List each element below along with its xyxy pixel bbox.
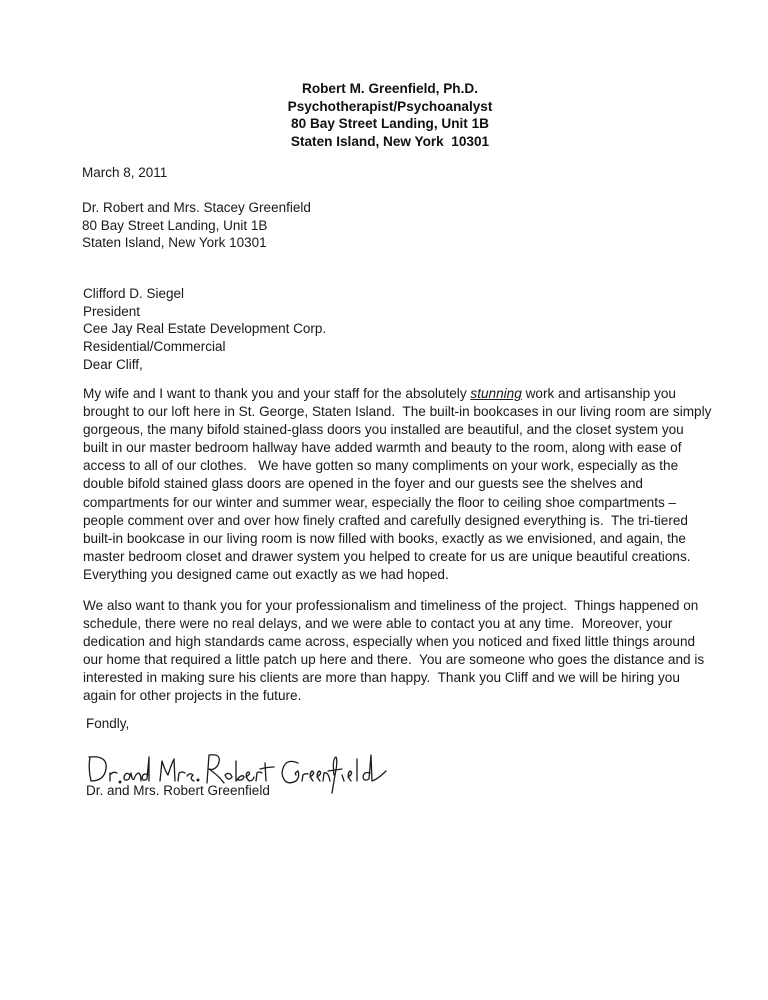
paragraph-line: Everything you designed came out exactly… [83, 566, 743, 584]
paragraph-line: our home that required a little patch up… [83, 651, 743, 669]
recipient-name: Clifford D. Siegel [83, 285, 326, 303]
sender-address-line-1: 80 Bay Street Landing, Unit 1B [82, 217, 311, 235]
letterhead-address-line-1: 80 Bay Street Landing, Unit 1B [0, 115, 768, 133]
recipient-company: Cee Jay Real Estate Development Corp. [83, 320, 326, 338]
recipient-address-block: Clifford D. Siegel President Cee Jay Rea… [83, 285, 326, 355]
salutation: Dear Cliff, [83, 357, 143, 372]
paragraph-line: access to all of our clothes. We have go… [83, 457, 743, 475]
sender-address-block: Dr. Robert and Mrs. Stacey Greenfield 80… [82, 199, 311, 252]
sender-name: Dr. Robert and Mrs. Stacey Greenfield [82, 199, 311, 217]
letterhead-title: Psychotherapist/Psychoanalyst [0, 98, 768, 116]
paragraph-line: compartments for our winter and summer w… [83, 494, 743, 512]
paragraph-line: brought to our loft here in St. George, … [83, 403, 743, 421]
letterhead-address-line-2: Staten Island, New York 10301 [0, 133, 768, 151]
letterhead-name: Robert M. Greenfield, Ph.D. [0, 80, 768, 98]
paragraph-line: master bedroom closet and drawer system … [83, 548, 743, 566]
body-paragraph-2: We also want to thank you for your profe… [83, 597, 743, 706]
paragraph-line: interested in making sure his clients ar… [83, 669, 743, 687]
recipient-title: President [83, 303, 326, 321]
paragraph-line: double bifold stained glass doors are op… [83, 475, 743, 493]
sender-address-line-2: Staten Island, New York 10301 [82, 234, 311, 252]
text-run: work and artisanship you [522, 386, 676, 401]
paragraph-line: schedule, there were no real delays, and… [83, 615, 743, 633]
letterhead: Robert M. Greenfield, Ph.D. Psychotherap… [0, 80, 768, 150]
paragraph-line: built in our master bedroom hallway have… [83, 439, 743, 457]
signer-name: Dr. and Mrs. Robert Greenfield [86, 783, 270, 798]
closing: Fondly, [86, 716, 129, 731]
paragraph-line: My wife and I want to thank you and your… [83, 385, 743, 403]
letter-date: March 8, 2011 [82, 165, 167, 180]
paragraph-line: We also want to thank you for your profe… [83, 597, 743, 615]
emphasis-text: stunning [470, 386, 521, 401]
paragraph-line: gorgeous, the many bifold stained-glass … [83, 421, 743, 439]
paragraph-line: dedication and high standards came acros… [83, 633, 743, 651]
signature-text: Dr. and Mrs. Robert Greenfield [86, 745, 100, 746]
paragraph-line: people comment over and over how finely … [83, 512, 743, 530]
paragraph-line: again for other projects in the future. [83, 687, 743, 705]
text-run: My wife and I want to thank you and your… [83, 386, 470, 401]
recipient-division: Residential/Commercial [83, 338, 326, 356]
body-paragraph-1: My wife and I want to thank you and your… [83, 385, 743, 584]
paragraph-line: built-in bookcase in our living room is … [83, 530, 743, 548]
